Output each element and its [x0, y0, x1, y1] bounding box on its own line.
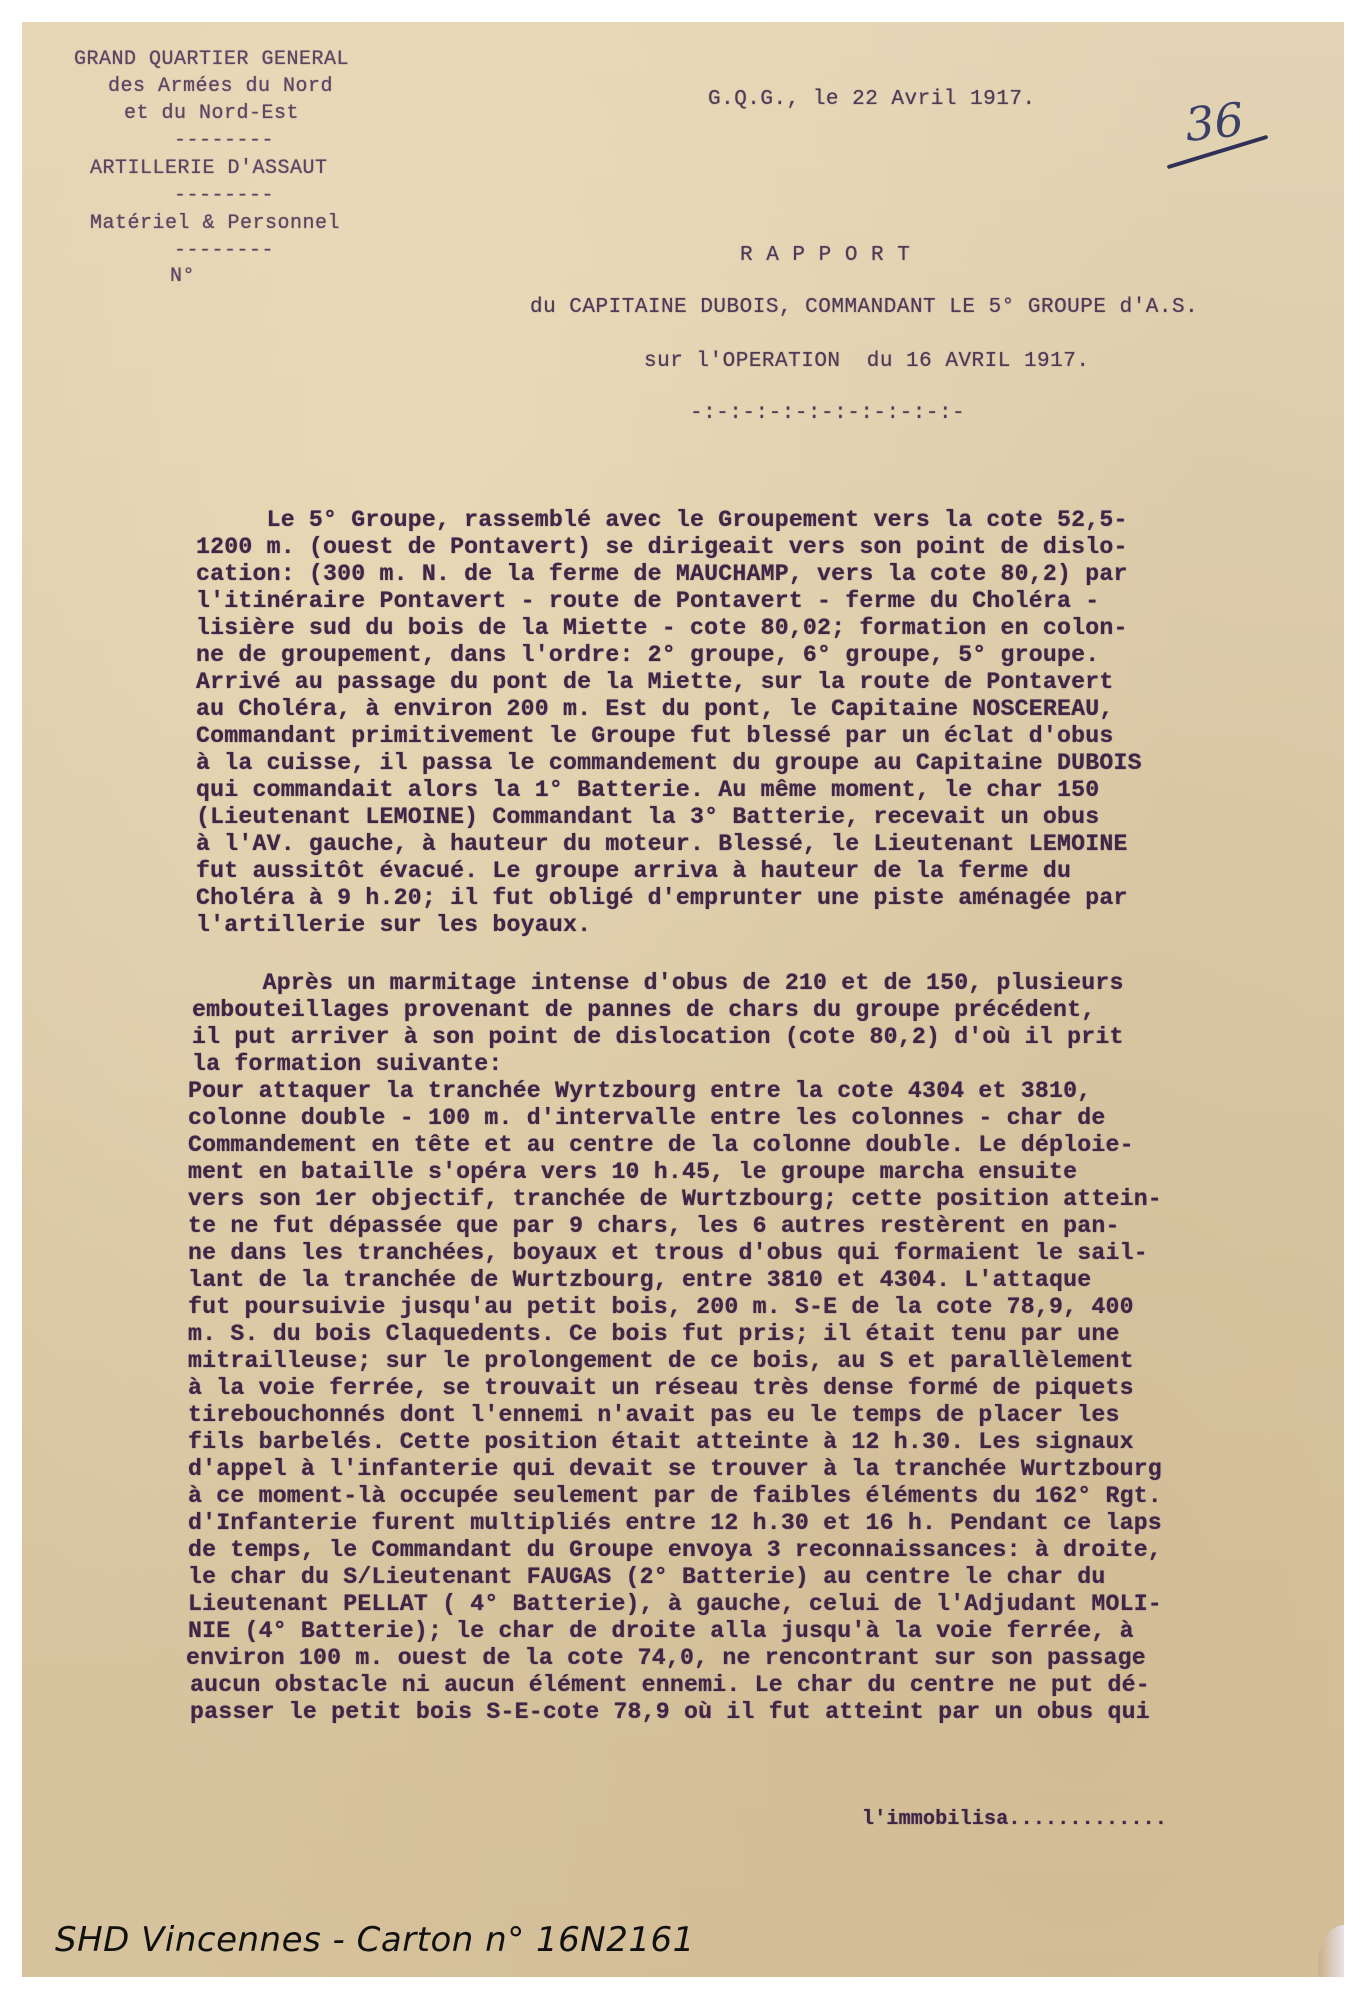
report-operation-line: sur l'OPERATION du 16 AVRIL 1917.: [644, 350, 1089, 373]
report-heading: R A P P O R T: [740, 244, 910, 267]
text-line: mitrailleuse; sur le prolongement de ce …: [188, 1348, 1134, 1375]
text-line: l'artillerie sur les boyaux.: [196, 912, 591, 939]
text-line: qui commandait alors la 1° Batterie. Au …: [196, 777, 1099, 804]
text-line: ne dans les tranchées, boyaux et trous d…: [188, 1240, 1148, 1267]
text-line: à la voie ferrée, se trouvait un réseau …: [188, 1375, 1134, 1402]
letterhead-line: et du Nord-Est: [124, 100, 299, 127]
text-line: lisière sud du bois de la Miette - cote …: [196, 615, 1128, 642]
text-line: te ne fut dépassée que par 9 chars, les …: [188, 1213, 1120, 1240]
text-line: colonne double - 100 m. d'intervalle ent…: [188, 1105, 1105, 1132]
text-line: Pour attaquer la tranchée Wyrtzbourg ent…: [188, 1078, 1091, 1105]
text-line: 1200 m. (ouest de Pontavert) se dirigeai…: [196, 534, 1128, 561]
letterhead-divider: --------: [174, 182, 274, 209]
text-line: lant de la tranchée de Wurtzbourg, entre…: [188, 1267, 1091, 1294]
text-line: Lieutenant PELLAT ( 4° Batterie), à gauc…: [188, 1591, 1162, 1618]
text-line: à ce moment-là occupée seulement par de …: [188, 1483, 1162, 1510]
text-line: aucun obstacle ni aucun élément ennemi. …: [190, 1672, 1150, 1699]
text-line: d'Infanterie furent multipliés entre 12 …: [188, 1510, 1162, 1537]
text-line: Le 5° Groupe, rassemblé avec le Groupeme…: [196, 507, 1128, 534]
letterhead-line: des Armées du Nord: [108, 73, 333, 100]
text-line: Commandement en tête et au centre de la …: [188, 1132, 1134, 1159]
text-line: le char du S/Lieutenant FAUGAS (2° Batte…: [188, 1564, 1105, 1591]
text-line: cation: (300 m. N. de la ferme de MAUCHA…: [196, 561, 1128, 588]
text-line: embouteillages provenant de pannes de ch…: [192, 997, 1095, 1024]
text-line: il put arriver à son point de dislocatio…: [192, 1024, 1124, 1051]
text-line: d'appel à l'infanterie qui devait se tro…: [188, 1456, 1162, 1483]
text-line: vers son 1er objectif, tranchée de Wurtz…: [188, 1186, 1162, 1213]
catchword: l'immobilisa.............: [862, 1806, 1167, 1833]
archive-label: SHD Vincennes - Carton n° 16N2161: [55, 1920, 695, 1960]
text-line: à la cuisse, il passa le commandement du…: [196, 750, 1142, 777]
dateline: G.Q.G., le 22 Avril 1917.: [708, 88, 1036, 111]
text-line: fut poursuivie jusqu'au petit bois, 200 …: [188, 1294, 1134, 1321]
text-line: NIE (4° Batterie); le char de droite all…: [188, 1618, 1134, 1645]
reference-number: N°: [170, 263, 195, 290]
text-line: à l'AV. gauche, à hauteur du moteur. Ble…: [196, 831, 1128, 858]
letterhead-line: GRAND QUARTIER GENERAL: [74, 46, 349, 73]
text-line: Après un marmitage intense d'obus de 210…: [192, 970, 1124, 997]
text-line: environ 100 m. ouest de la cote 74,0, ne…: [186, 1645, 1146, 1672]
text-line: Choléra à 9 h.20; il fut obligé d'emprun…: [196, 885, 1128, 912]
text-line: au Choléra, à environ 200 m. Est du pont…: [196, 696, 1113, 723]
text-line: de temps, le Commandant du Groupe envoya…: [188, 1537, 1162, 1564]
letterhead-divider: --------: [174, 237, 274, 264]
letterhead-line: ARTILLERIE D'ASSAUT: [90, 155, 328, 182]
text-line: m. S. du bois Claquedents. Ce bois fut p…: [188, 1321, 1120, 1348]
text-line: fils barbelés. Cette position était atte…: [188, 1429, 1134, 1456]
report-subtitle: du CAPITAINE DUBOIS, COMMANDANT LE 5° GR…: [530, 296, 1198, 319]
text-line: tirebouchonnés dont l'ennemi n'avait pas…: [188, 1402, 1120, 1429]
text-line: Commandant primitivement le Groupe fut b…: [196, 723, 1113, 750]
text-line: ment en bataille s'opéra vers 10 h.45, l…: [188, 1159, 1077, 1186]
text-line: (Lieutenant LEMOINE) Commandant la 3° Ba…: [196, 804, 1099, 831]
letterhead-line: Matériel & Personnel: [90, 210, 340, 237]
text-line: la formation suivante:: [192, 1051, 503, 1078]
text-line: Arrivé au passage du pont de la Miette, …: [196, 669, 1113, 696]
text-line: fut aussitôt évacué. Le groupe arriva à …: [196, 858, 1071, 885]
text-line: passer le petit bois S-E-cote 78,9 où il…: [190, 1699, 1150, 1726]
letterhead-divider: --------: [174, 127, 274, 154]
text-line: ne de groupement, dans l'ordre: 2° group…: [196, 642, 1099, 669]
text-line: l'itinéraire Pontavert - route de Pontav…: [196, 588, 1099, 615]
title-divider: -:-:-:-:-:-:-:-:-:-:-: [690, 402, 965, 425]
